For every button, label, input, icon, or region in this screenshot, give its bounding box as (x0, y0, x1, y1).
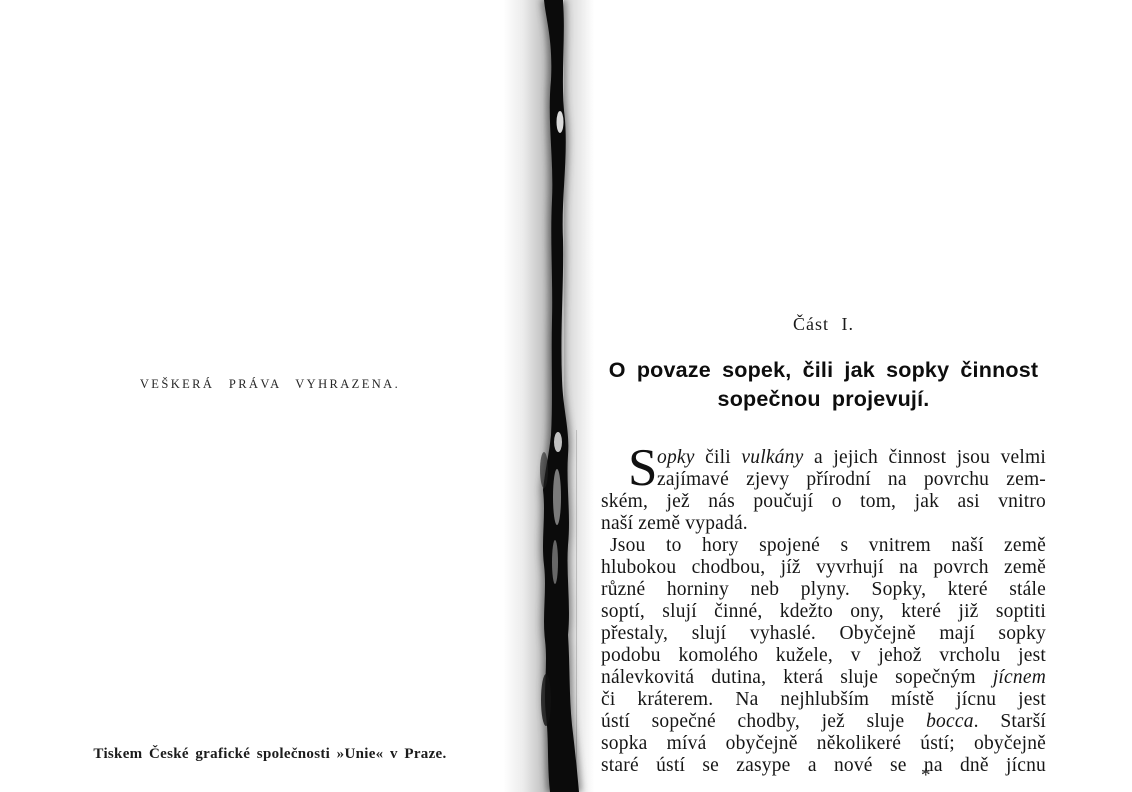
signature-mark: * (921, 765, 931, 787)
page-right: Část I. O povaze sopek, čili jak sopky č… (601, 0, 1046, 792)
text-line: ústí sopečné chodby, jež sluje bocca. St… (601, 711, 1046, 733)
paragraph-2: Jsou to hory spojené s vnitrem naší země… (601, 535, 1046, 777)
text-line: podobu komolého kužele, v jehož vrcholu … (601, 645, 1046, 667)
text-line: soptí, slují činné, kdežto ony, které ji… (601, 601, 1046, 623)
body-text: S opky čili vulkány a jejich činnost jso… (601, 447, 1046, 777)
chapter-title-line-1: O povaze sopek, čili jak sopky činnost (601, 356, 1046, 385)
text-line: přestaly, slují vyhaslé. Obyčejně mají s… (601, 623, 1046, 645)
book-scan: VEŠKERÁ PRÁVA VYHRAZENA. Tiskem České gr… (0, 0, 1132, 792)
text-line: opky čili vulkány a jejich činnost jsou … (601, 447, 1046, 469)
text-line: nálevkovitá dutina, která sluje sopečným… (601, 667, 1046, 689)
text-line: hlubokou chodbou, jíž vyvrhují na povrch… (601, 557, 1046, 579)
gutter-right-shading (564, 0, 594, 792)
chapter-title: O povaze sopek, čili jak sopky činnost s… (601, 356, 1046, 414)
text-line: zajímavé zjevy přírodní na povrchu zem- (601, 469, 1046, 491)
chapter-title-line-2: sopečnou projevují. (601, 385, 1046, 414)
text-line: různé horniny neb plyny. Sopky, které st… (601, 579, 1046, 601)
drop-cap-initial: S (628, 447, 658, 489)
text-line: ském, jež nás poučují o tom, jak asi vni… (601, 491, 1046, 513)
part-heading: Část I. (601, 314, 1046, 335)
text-line: či kráterem. Na nejhlubším místě jícnu j… (601, 689, 1046, 711)
page-edge-line (576, 430, 577, 792)
paragraph-1: opky čili vulkány a jejich činnost jsou … (601, 447, 1046, 535)
text-line: staré ústí se zasype a nové se na dně jí… (601, 755, 1046, 777)
text-line: sopka mívá obyčejně několikeré ústí; oby… (601, 733, 1046, 755)
text-line: Jsou to hory spojené s vnitrem naší země (601, 535, 1046, 557)
page-left: VEŠKERÁ PRÁVA VYHRAZENA. Tiskem České gr… (0, 0, 540, 792)
text-line: naší země vypadá. (601, 513, 1046, 535)
rights-notice: VEŠKERÁ PRÁVA VYHRAZENA. (0, 377, 540, 392)
printer-imprint: Tiskem České grafické společnosti »Unie«… (0, 746, 540, 763)
